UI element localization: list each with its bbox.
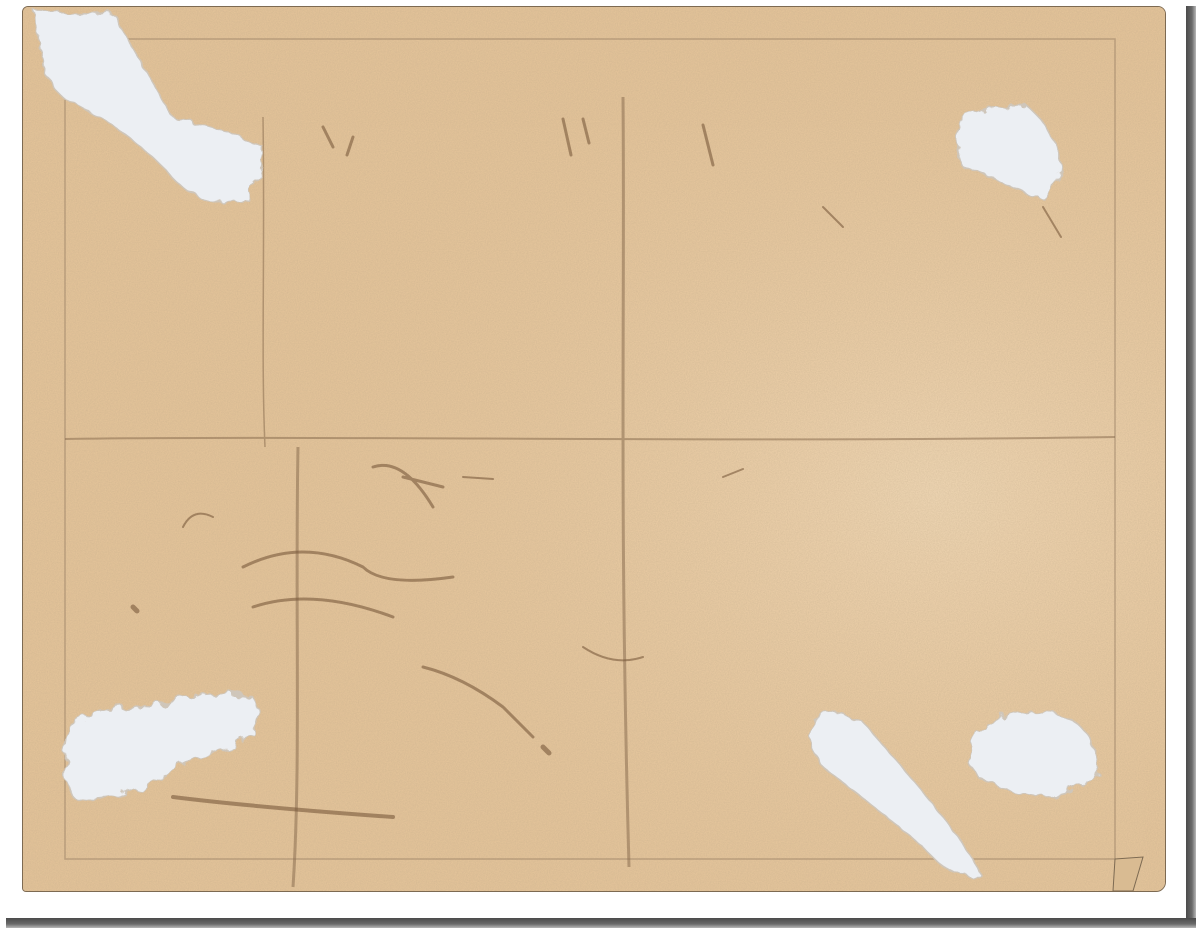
- banknote-back: [22, 6, 1166, 892]
- drop-shadow-bottom: [6, 918, 1196, 928]
- banknote-artwork: [23, 7, 1165, 891]
- drop-shadow-right: [1186, 6, 1196, 928]
